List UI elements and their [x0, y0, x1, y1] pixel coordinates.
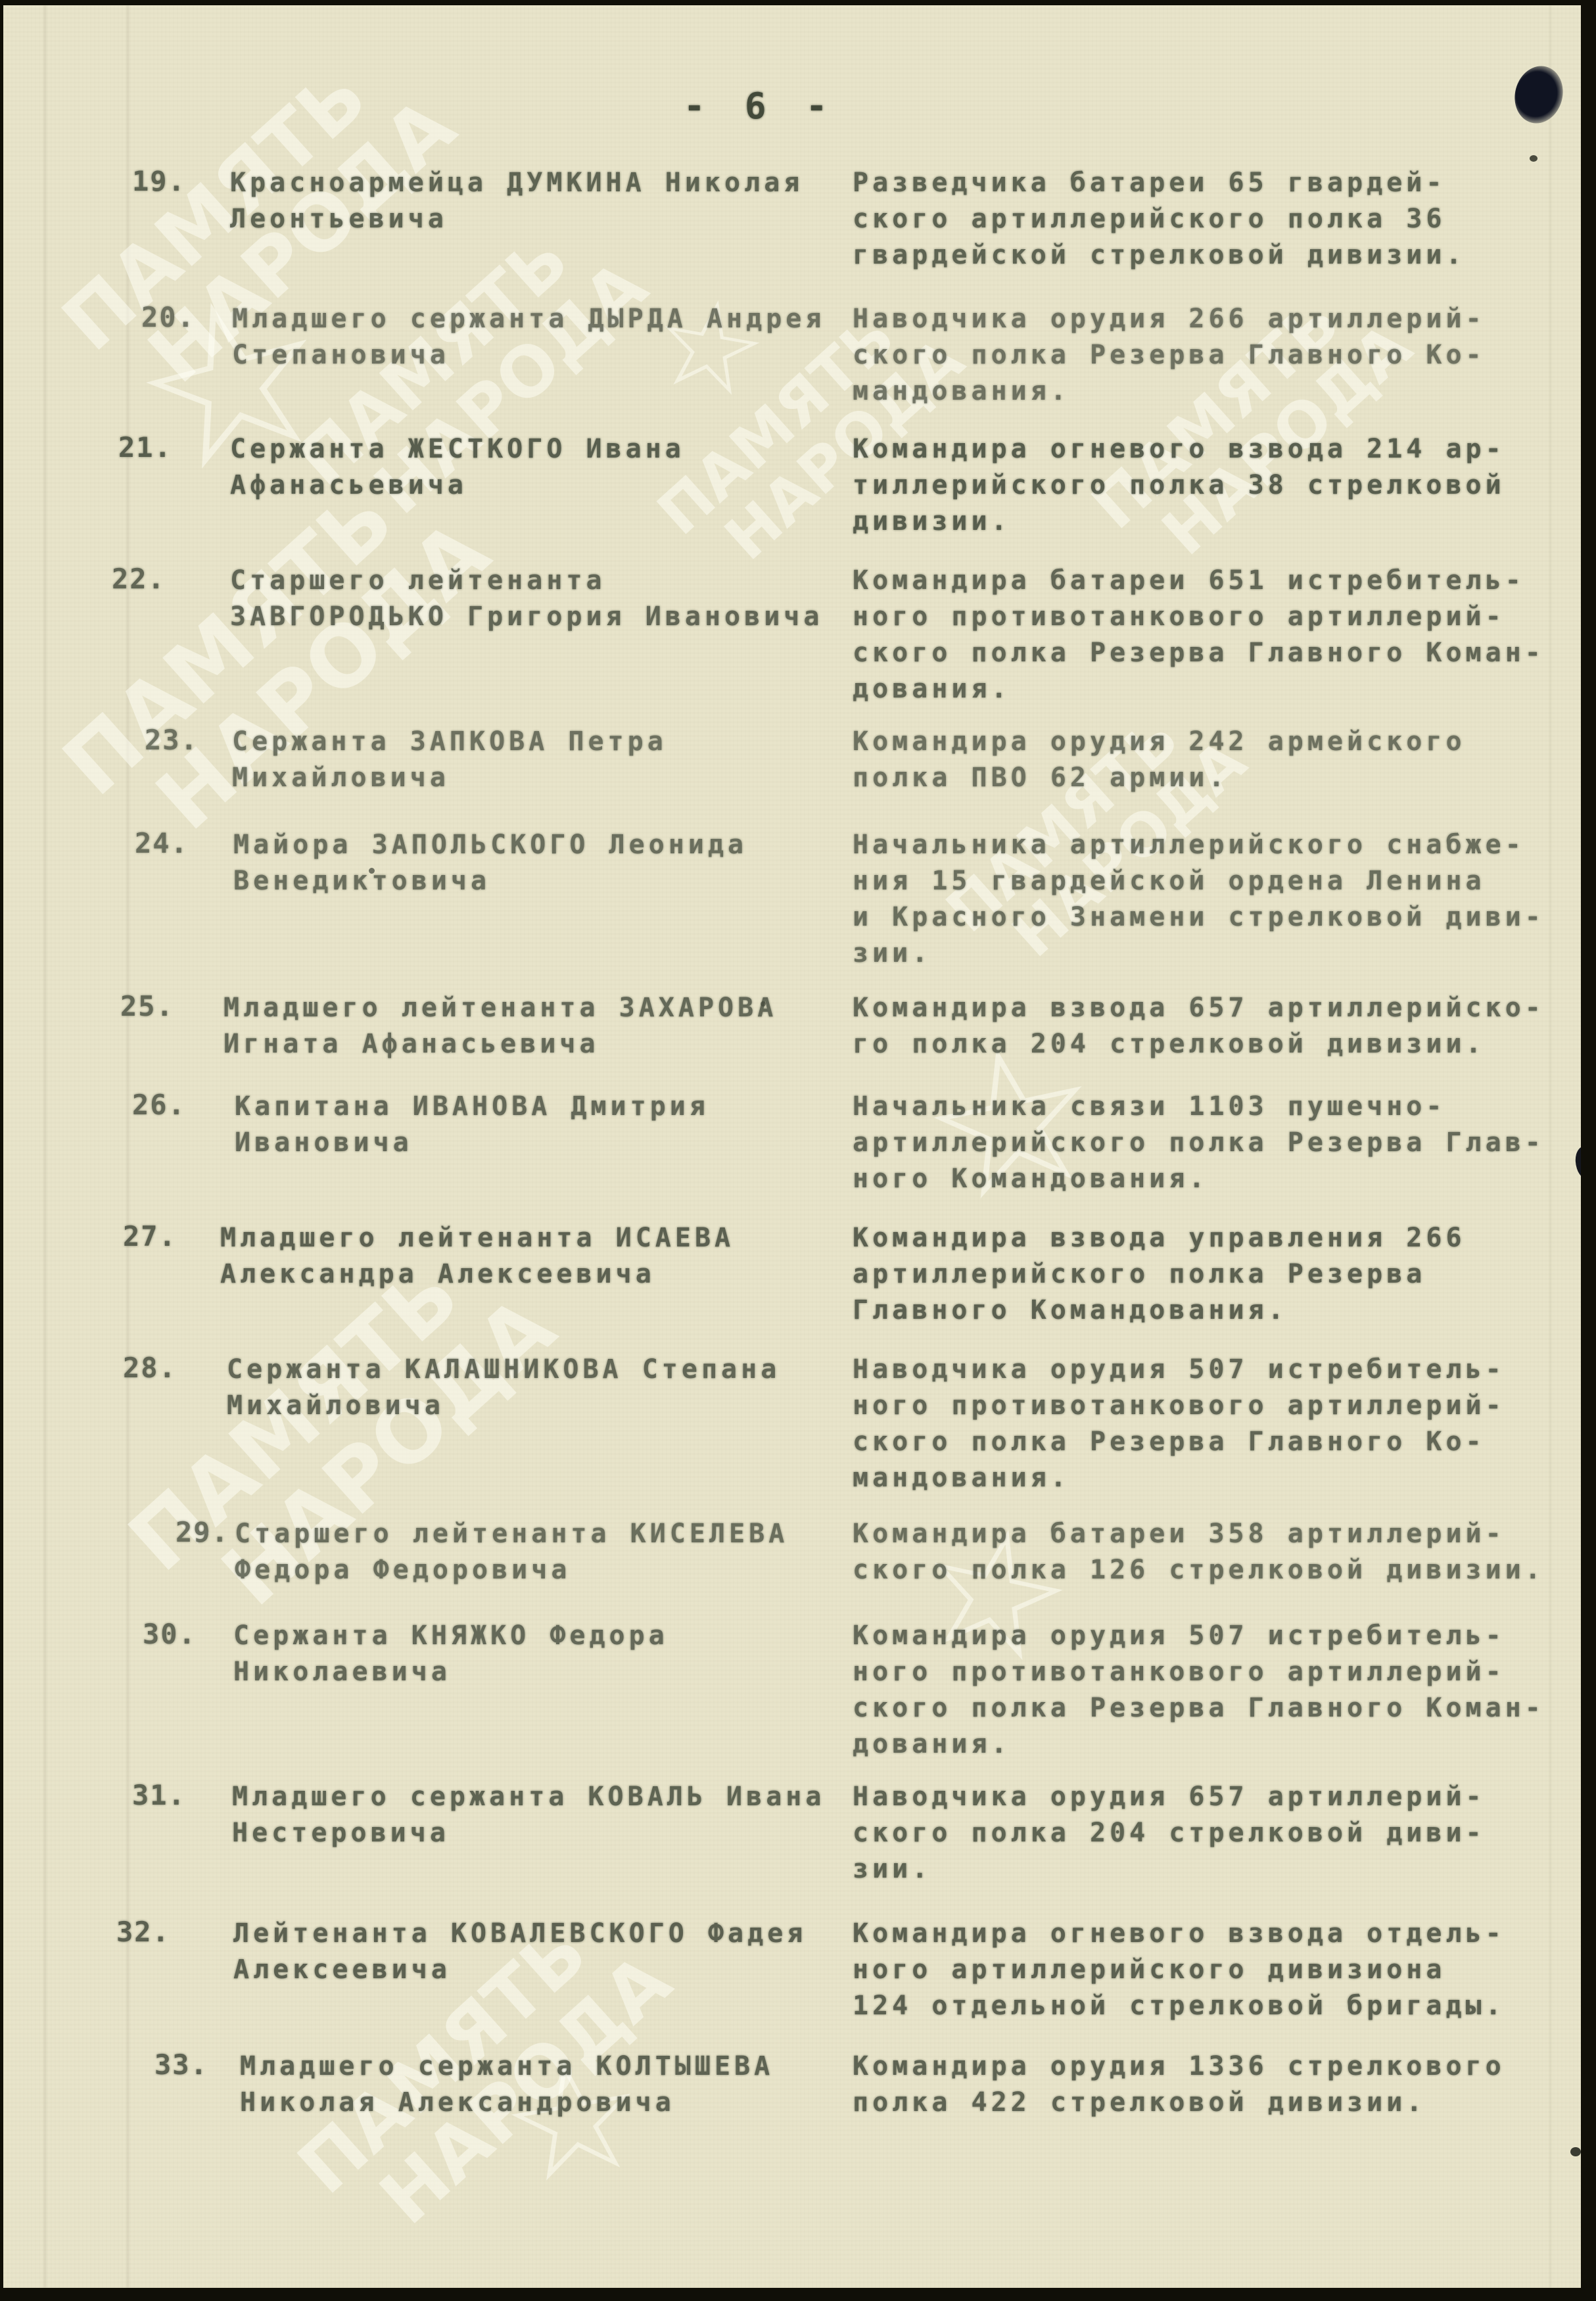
entry-position-unit: Наводчика орудия 266 артиллерий-ского по… [853, 301, 1581, 410]
entry-rank-name: Младшего сержанта ДЫРДА АндреяСтепанович… [232, 301, 876, 373]
entry-position-unit: Наводчика орудия 507 истребитель-ного пр… [853, 1352, 1581, 1496]
entry-right-line: дивизии. [853, 504, 1581, 540]
entry-right-line: Командира взвода управления 266 [853, 1220, 1581, 1256]
entry-right-line: дования. [853, 671, 1581, 707]
page-number: - 6 - [684, 85, 837, 127]
entry-left-line: Афанасьевича [230, 467, 874, 504]
entry-right-line: ского полка Резерва Главного Ко- [853, 337, 1581, 373]
entry-left-line: Венедиктовича [233, 863, 878, 899]
entry-rank-name: Сержанта КАЛАШНИКОВА СтепанаМихайловича [227, 1352, 871, 1424]
entry-position-unit: Командира взвода управления 266артиллери… [853, 1220, 1581, 1329]
entry-right-line: ного противотанкового артиллерий- [853, 1388, 1581, 1424]
ink-blot [1530, 155, 1537, 162]
ink-blot [1509, 60, 1569, 129]
ink-blot [369, 868, 375, 874]
entry-rank-name: Старшего лейтенантаЗАВГОРОДЬКО Григория … [230, 563, 874, 635]
entry-left-line: Младшего лейтенанта ЗАХАРОВА [223, 990, 868, 1026]
watermark-text: ПАМЯТЬНАРОДА [49, 441, 505, 877]
entry-left-line: Михайловича [227, 1388, 871, 1424]
entry-right-line: полка 422 стрелковой дивизии. [853, 2085, 1581, 2121]
entry-right-line: полка ПВО 62 армии. [853, 760, 1581, 796]
entry-right-line: ния 15 гвардейской ордена Ленина [853, 863, 1581, 899]
entry-right-line: зии. [853, 936, 1581, 972]
entry-right-line: гвардейской стрелковой дивизии. [853, 237, 1581, 273]
entry-rank-name: Красноармейца ДУМКИНА НиколаяЛеонтьевича [230, 165, 874, 237]
entry-right-line: ского полка 204 стрелковой диви- [853, 1815, 1581, 1851]
entry-right-line: ского полка Резерва Главного Коман- [853, 1690, 1581, 1726]
entry-left-line: Алексеевича [233, 1952, 878, 1988]
entry-left-line: Младшего сержанта КОЛТЫШЕВА [240, 2049, 884, 2085]
entry-right-line: Наводчика орудия 657 артиллерий- [853, 1779, 1581, 1815]
entry-right-line: зии. [853, 1851, 1581, 1887]
entry-left-line: Александра Алексеевича [220, 1256, 864, 1293]
entry-left-line: Степановича [232, 337, 876, 373]
entry-rank-name: Младшего лейтенанта ИСАЕВААлександра Але… [220, 1220, 864, 1293]
entry-right-line: 124 отдельной стрелковой бригады. [853, 1988, 1581, 2024]
entry-number: 33. [154, 2049, 208, 2081]
entry-left-line: Красноармейца ДУМКИНА Николая [230, 165, 874, 201]
entry-right-line: Командира огневого взвода 214 ар- [853, 431, 1581, 467]
entry-rank-name: Лейтенанта КОВАЛЕВСКОГО ФадеяАлексеевича [233, 1916, 878, 1988]
entry-left-line: Леонтьевича [230, 201, 874, 237]
entry-number: 22. [112, 563, 166, 595]
entry-rank-name: Майора ЗАПОЛЬСКОГО ЛеонидаВенедиктовича [233, 827, 878, 899]
entry-right-line: ского полка Резерва Главного Ко- [853, 1424, 1581, 1460]
entry-left-line: Майора ЗАПОЛЬСКОГО Леонида [233, 827, 878, 863]
entry-right-line: ного противотанкового артиллерий- [853, 599, 1581, 635]
entry-right-line: мандования. [853, 1460, 1581, 1496]
entry-left-line: Игната Афанасьевича [223, 1026, 868, 1062]
entry-left-line: Капитана ИВАНОВА Дмитрия [235, 1089, 879, 1125]
entry-right-line: Командира орудия 1336 стрелкового [853, 2049, 1581, 2085]
entry-position-unit: Начальника артиллерийского снабже-ния 15… [853, 827, 1581, 972]
entry-position-unit: Командира огневого взвода 214 ар-тиллери… [853, 431, 1581, 540]
entry-right-line: ского артиллерийского полка 36 [853, 201, 1581, 237]
entry-left-line: Младшего лейтенанта ИСАЕВА [220, 1220, 864, 1256]
entry-right-line: Командира орудия 507 истребитель- [853, 1618, 1581, 1654]
entry-number: 19. [132, 165, 186, 197]
entry-left-line: Ивановича [235, 1125, 879, 1161]
entry-right-line: мандования. [853, 373, 1581, 410]
entry-right-line: Главного Командования. [853, 1293, 1581, 1329]
entry-right-line: Наводчика орудия 266 артиллерий- [853, 301, 1581, 337]
entry-right-line: Начальника артиллерийского снабже- [853, 827, 1581, 863]
entry-left-line: Сержанта ЖЕСТКОГО Ивана [230, 431, 874, 467]
scanned-document: { "page": { "number_label": "- 6 -" }, "… [0, 0, 1596, 2301]
entry-position-unit: Командира орудия 1336 стрелковогополка 4… [853, 2049, 1581, 2121]
entry-left-line: Сержанта ЗАПКОВА Петра [232, 724, 876, 760]
entry-left-line: Старшего лейтенанта КИСЕЛЕВА [235, 1516, 879, 1552]
entry-position-unit: Наводчика орудия 657 артиллерий-ского по… [853, 1779, 1581, 1887]
entry-number: 27. [123, 1220, 177, 1252]
entry-right-line: Начальника связи 1103 пушечно- [853, 1089, 1581, 1125]
entry-rank-name: Старшего лейтенанта КИСЕЛЕВАФедора Федор… [235, 1516, 879, 1588]
entry-number: 20. [141, 301, 195, 333]
entry-left-line: Младшего сержанта ДЫРДА Андрея [232, 301, 876, 337]
entry-right-line: Командира орудия 242 армейского [853, 724, 1581, 760]
entry-position-unit: Разведчика батареи 65 гвардей-ского арти… [853, 165, 1581, 273]
entry-rank-name: Младшего сержанта КОЛТЫШЕВАНиколая Алекс… [240, 2049, 884, 2121]
entry-position-unit: Начальника связи 1103 пушечно-артиллерий… [853, 1089, 1581, 1197]
entry-right-line: Командира батареи 358 артиллерий- [853, 1516, 1581, 1552]
entry-left-line: Нестеровича [232, 1815, 876, 1851]
entry-right-line: артиллерийского полка Резерва Глав- [853, 1125, 1581, 1161]
entry-rank-name: Сержанта КНЯЖКО ФедораНиколаевича [233, 1618, 878, 1690]
entry-left-line: Сержанта КНЯЖКО Федора [233, 1618, 878, 1654]
entry-right-line: ного Командования. [853, 1161, 1581, 1197]
entry-number: 26. [132, 1089, 186, 1121]
entry-right-line: ского полка 126 стрелковой дивизии. [853, 1552, 1581, 1588]
entry-right-line: и Красного Знамени стрелковой диви- [853, 899, 1581, 936]
entry-left-line: Младшего сержанта КОВАЛЬ Ивана [232, 1779, 876, 1815]
entry-number: 21. [118, 431, 172, 463]
entry-position-unit: Командира орудия 242 армейскогополка ПВО… [853, 724, 1581, 796]
entry-left-line: Федора Федоровича [235, 1552, 879, 1588]
entry-rank-name: Капитана ИВАНОВА ДмитрияИвановича [235, 1089, 879, 1161]
entry-right-line: Разведчика батареи 65 гвардей- [853, 165, 1581, 201]
entry-left-line: Сержанта КАЛАШНИКОВА Степана [227, 1352, 871, 1388]
entry-right-line: тиллерийского полка 38 стрелковой [853, 467, 1581, 504]
entry-rank-name: Сержанта ЗАПКОВА ПетраМихайловича [232, 724, 876, 796]
entry-number: 29. [176, 1516, 229, 1548]
entry-number: 23. [145, 724, 199, 756]
entry-left-line: Михайловича [232, 760, 876, 796]
entry-right-line: Командира батареи 651 истребитель- [853, 563, 1581, 599]
entry-position-unit: Командира огневого взвода отдель-ного ар… [853, 1916, 1581, 2024]
entry-position-unit: Командира орудия 507 истребитель-ного пр… [853, 1618, 1581, 1763]
entry-right-line: ного противотанкового артиллерий- [853, 1654, 1581, 1690]
entry-right-line: го полка 204 стрелковой дивизии. [853, 1026, 1581, 1062]
ink-blot [761, 1001, 766, 1007]
entry-left-line: ЗАВГОРОДЬКО Григория Ивановича [230, 599, 874, 635]
entry-right-line: артиллерийского полка Резерва [853, 1256, 1581, 1293]
entry-rank-name: Младшего лейтенанта ЗАХАРОВАИгната Афана… [223, 990, 868, 1062]
document-page: ПАМЯТЬНАРОДА☆ПАМЯТЬНАРОДА☆ПАМЯТЬНАРОДАПА… [3, 5, 1581, 2288]
entry-number: 28. [123, 1352, 177, 1384]
entry-position-unit: Командира взвода 657 артиллерийско-го по… [853, 990, 1581, 1062]
entry-position-unit: Командира батареи 651 истребитель-ного п… [853, 563, 1581, 707]
entry-number: 31. [132, 1779, 186, 1811]
paper-crease [44, 5, 46, 2288]
ink-blot [1570, 2147, 1581, 2156]
entry-left-line: Лейтенанта КОВАЛЕВСКОГО Фадея [233, 1916, 878, 1952]
entry-number: 24. [135, 827, 189, 859]
entry-right-line: Командира огневого взвода отдель- [853, 1916, 1581, 1952]
entry-number: 30. [143, 1618, 197, 1650]
entry-number: 25. [120, 990, 174, 1022]
entry-rank-name: Сержанта ЖЕСТКОГО ИванаАфанасьевича [230, 431, 874, 504]
entry-left-line: Старшего лейтенанта [230, 563, 874, 599]
entry-right-line: ского полка Резерва Главного Коман- [853, 635, 1581, 671]
entry-left-line: Николаевича [233, 1654, 878, 1690]
entry-rank-name: Младшего сержанта КОВАЛЬ ИванаНестерович… [232, 1779, 876, 1851]
entry-number: 32. [116, 1916, 170, 1948]
entry-position-unit: Командира батареи 358 артиллерий-ского п… [853, 1516, 1581, 1588]
entry-right-line: ного артиллерийского дивизиона [853, 1952, 1581, 1988]
entry-right-line: Командира взвода 657 артиллерийско- [853, 990, 1581, 1026]
entry-right-line: дования. [853, 1726, 1581, 1763]
entry-left-line: Николая Александровича [240, 2085, 884, 2121]
entry-right-line: Наводчика орудия 507 истребитель- [853, 1352, 1581, 1388]
